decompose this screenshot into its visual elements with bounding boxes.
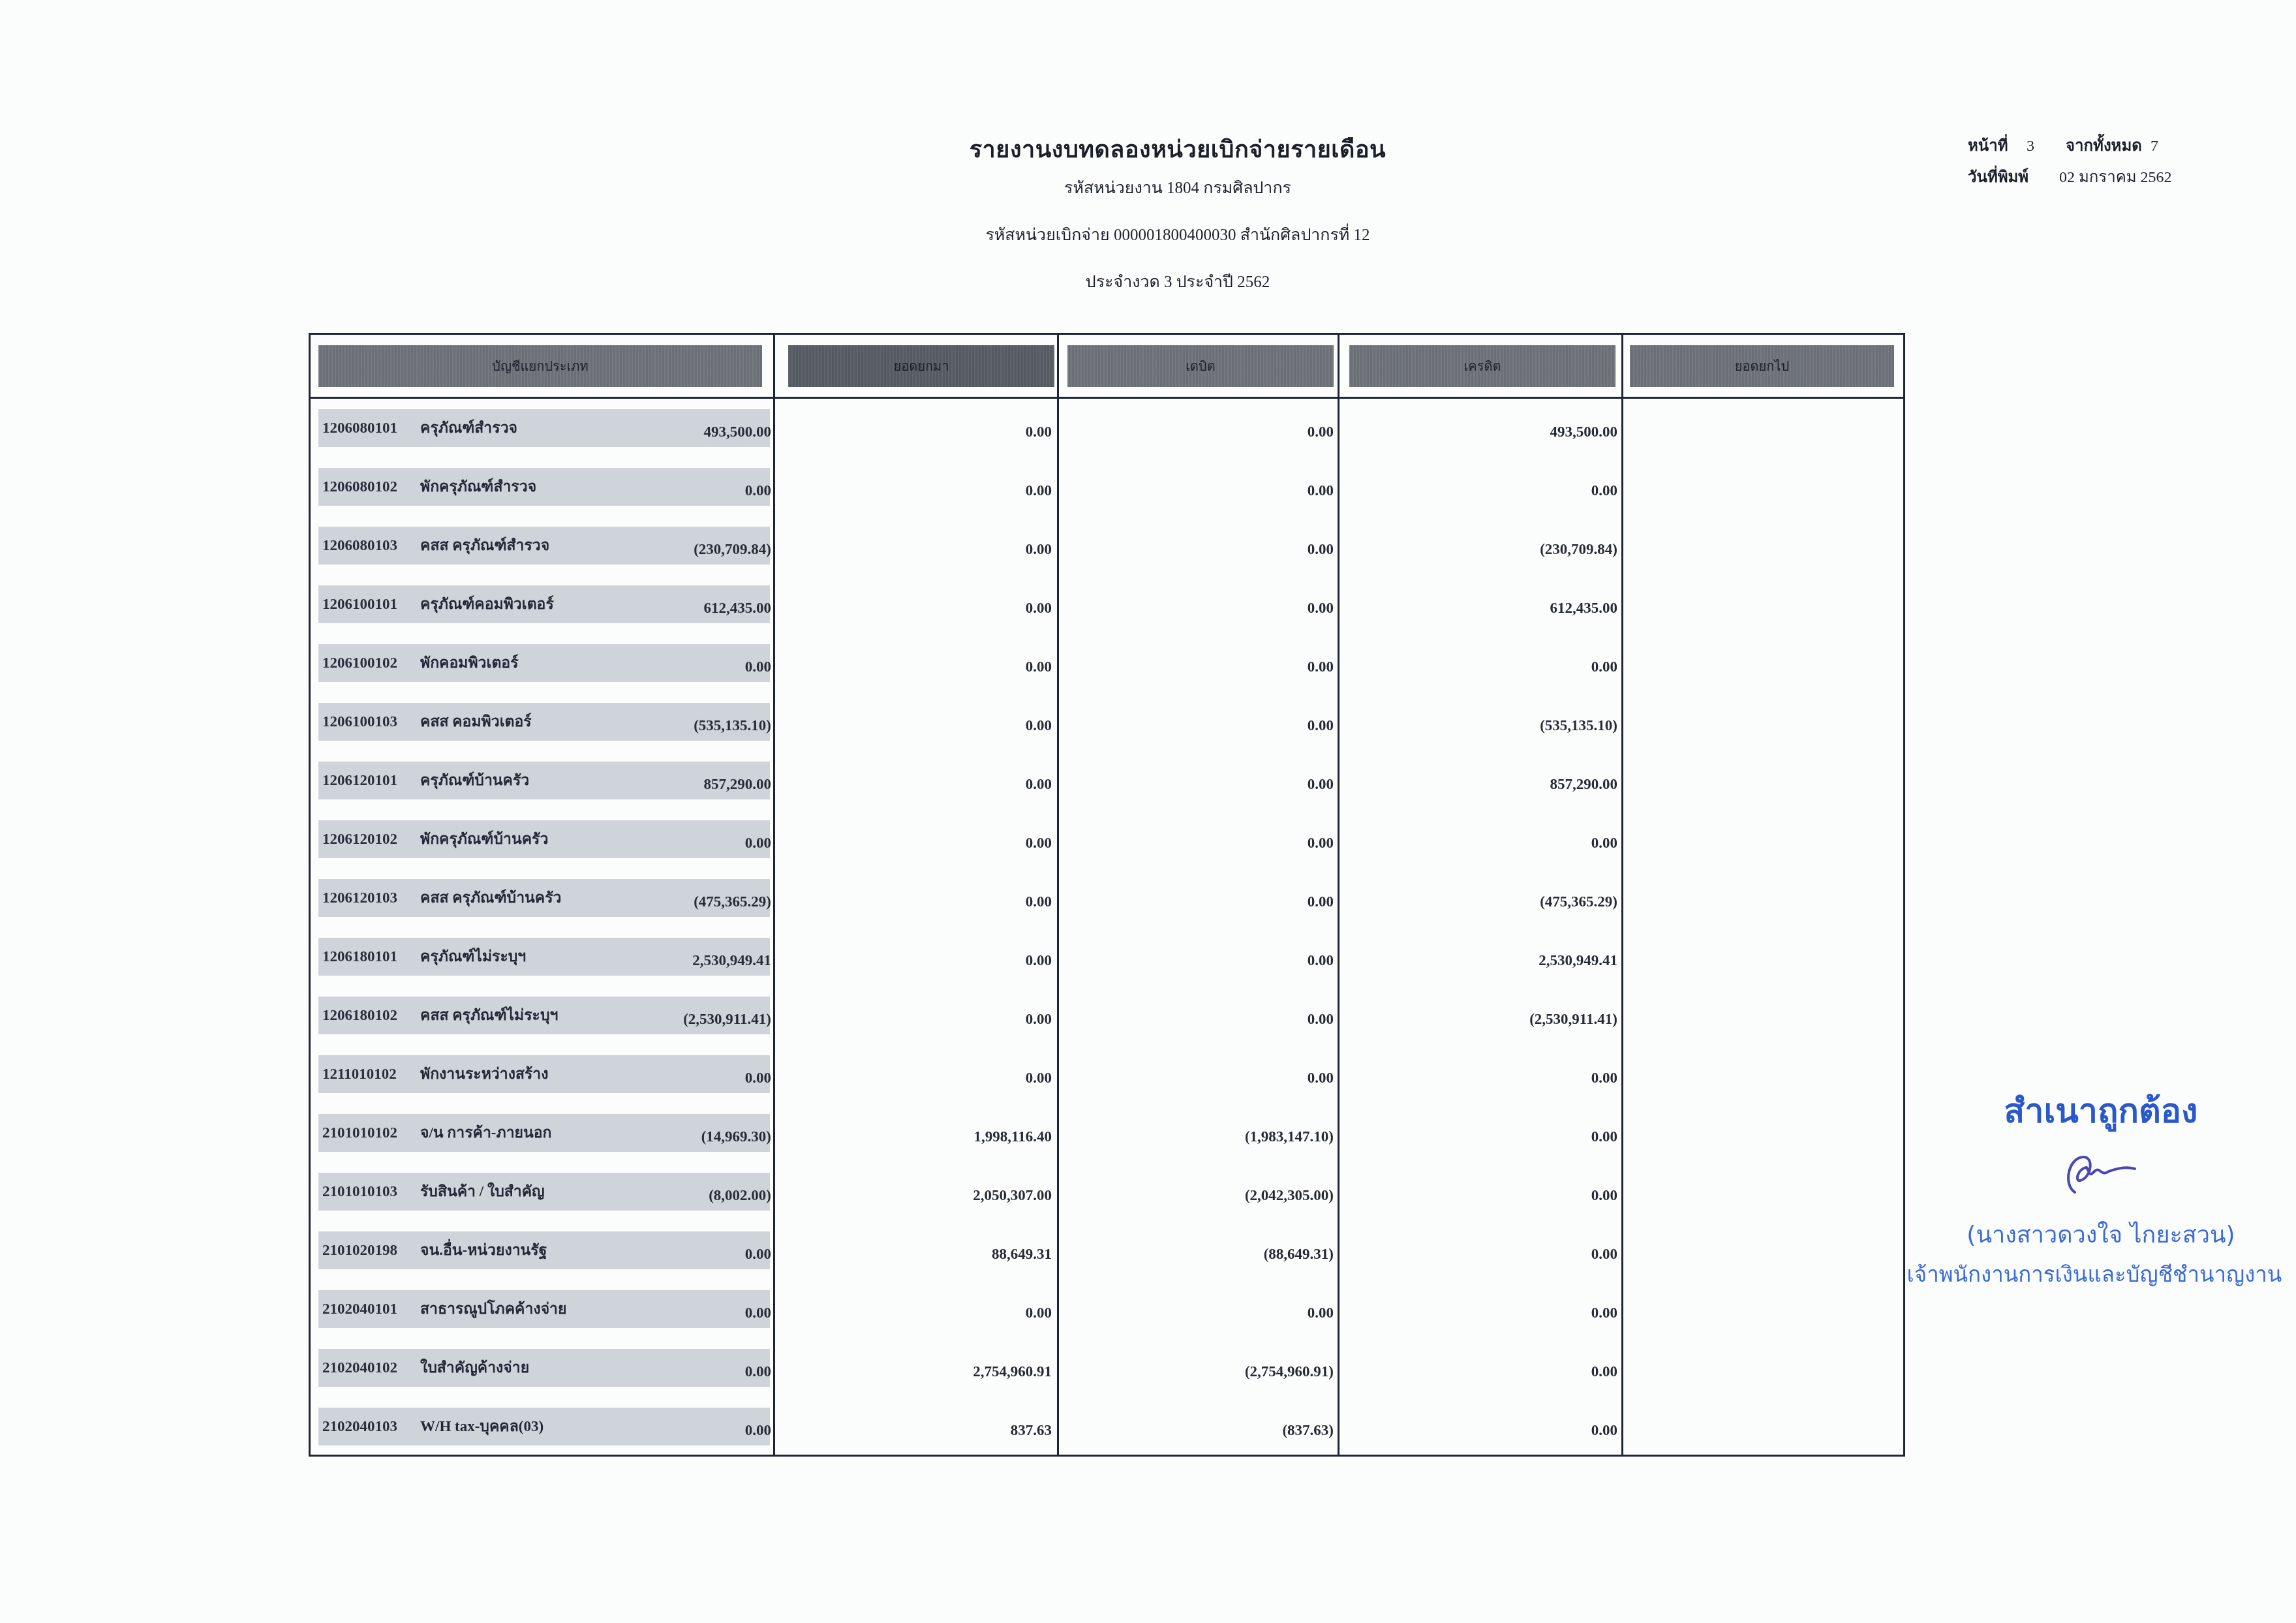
credit-amount: 0.00 bbox=[1086, 776, 1334, 793]
account-name: ครุภัณฑ์ไม่ระบุฯ bbox=[420, 945, 526, 968]
closing-balance: 0.00 bbox=[1370, 1128, 1617, 1145]
credit-amount: 0.00 bbox=[1086, 835, 1334, 852]
agency-line: รหัสหน่วยงาน 1804 กรมศิลปากร bbox=[0, 175, 2296, 201]
debit-amount: 2,050,307.00 bbox=[804, 1187, 1052, 1204]
header-divider bbox=[311, 397, 1903, 399]
opening-balance: (8,002.00) bbox=[523, 1187, 771, 1204]
total-pages: 7 bbox=[2151, 138, 2158, 155]
account-code: 1206080102 bbox=[318, 478, 420, 495]
credit-amount: 0.00 bbox=[1086, 658, 1334, 675]
account-code: 1206120102 bbox=[318, 831, 420, 848]
opening-balance: 0.00 bbox=[523, 1305, 771, 1322]
account-code: 1206120103 bbox=[318, 889, 420, 906]
opening-balance: 857,290.00 bbox=[523, 776, 771, 793]
debit-amount: 0.00 bbox=[804, 600, 1052, 617]
column-header-closing: ยอดยกไป bbox=[1630, 345, 1894, 387]
debit-amount: 0.00 bbox=[804, 424, 1052, 441]
opening-balance: 2,530,949.41 bbox=[523, 952, 771, 969]
signer-name: (นางสาวดวงใจ ไกยะสวน) bbox=[1905, 1216, 2296, 1253]
closing-balance: 0.00 bbox=[1370, 1422, 1617, 1439]
table-row: 2102040101สาธารณูปโภคค้างจ่าย0.000.000.0… bbox=[311, 1281, 1903, 1340]
account-code: 1206080101 bbox=[318, 420, 420, 437]
table-row: 1206080103คสส ครุภัณฑ์สำรวจ(230,709.84)0… bbox=[311, 518, 1903, 576]
account-code: 1211010102 bbox=[318, 1066, 420, 1083]
table-row: 2102040102ใบสำคัญค้างจ่าย0.002,754,960.9… bbox=[311, 1340, 1903, 1399]
account-code: 1206100102 bbox=[318, 655, 420, 672]
closing-balance: 2,530,949.41 bbox=[1370, 952, 1617, 969]
opening-balance: 612,435.00 bbox=[523, 600, 771, 617]
account-name: ครุภัณฑ์บ้านครัว bbox=[420, 769, 529, 792]
credit-amount: (837.63) bbox=[1086, 1422, 1334, 1439]
account-code: 2102040103 bbox=[318, 1418, 420, 1435]
credit-amount: 0.00 bbox=[1086, 600, 1334, 617]
closing-balance: (2,530,911.41) bbox=[1370, 1011, 1617, 1028]
of-total-label: จากทั้งหมด bbox=[2066, 131, 2151, 162]
page-info: หน้าที่3จากทั้งหมด7 bbox=[1968, 131, 2172, 162]
table-row: 2102040103W/H tax-บุคคล(03)0.00837.63(83… bbox=[311, 1399, 1903, 1457]
closing-balance: 612,435.00 bbox=[1370, 600, 1617, 617]
credit-amount: 0.00 bbox=[1086, 717, 1334, 734]
account-code: 2101010103 bbox=[318, 1183, 420, 1200]
account-name: ใบสำคัญค้างจ่าย bbox=[420, 1356, 529, 1380]
debit-amount: 0.00 bbox=[804, 1011, 1052, 1028]
column-header-account: บัญชีแยกประเภท bbox=[318, 345, 762, 387]
table-row: 1206120101ครุภัณฑ์บ้านครัว857,290.000.00… bbox=[311, 752, 1903, 811]
account-code: 1206180102 bbox=[318, 1007, 420, 1024]
table-row: 1206120102พักครุภัณฑ์บ้านครัว0.000.000.0… bbox=[311, 811, 1903, 870]
debit-amount: 0.00 bbox=[804, 952, 1052, 969]
debit-amount: 0.00 bbox=[804, 893, 1052, 910]
opening-balance: (2,530,911.41) bbox=[523, 1011, 771, 1028]
print-date: 02 มกราคม 2562 bbox=[2059, 169, 2172, 186]
table-row: 1206100102พักคอมพิวเตอร์0.000.000.000.00 bbox=[311, 635, 1903, 694]
opening-balance: 0.00 bbox=[523, 835, 771, 852]
account-code: 2102040102 bbox=[318, 1359, 420, 1376]
closing-balance: 0.00 bbox=[1370, 658, 1617, 675]
account-code: 1206100101 bbox=[318, 596, 420, 613]
report-title: รายงานงบทดลองหน่วยเบิกจ่ายรายเดือน bbox=[0, 131, 2296, 168]
closing-balance: (230,709.84) bbox=[1370, 541, 1617, 558]
credit-amount: 0.00 bbox=[1086, 482, 1334, 499]
credit-amount: 0.00 bbox=[1086, 893, 1334, 910]
period-line: ประจำงวด 3 ประจำปี 2562 bbox=[0, 269, 2296, 295]
closing-balance: 0.00 bbox=[1370, 1305, 1617, 1322]
closing-balance: (475,365.29) bbox=[1370, 893, 1617, 910]
print-date-info: วันที่พิมพ์02 มกราคม 2562 bbox=[1968, 162, 2172, 193]
closing-balance: 0.00 bbox=[1370, 1187, 1617, 1204]
signature bbox=[2049, 1152, 2153, 1198]
account-code: 1206080103 bbox=[318, 537, 420, 554]
column-header-credit: เครดิต bbox=[1349, 345, 1615, 387]
certification-stamp: สำเนาถูกต้อง (นางสาวดวงใจ ไกยะสวน) เจ้าพ… bbox=[1905, 1083, 2296, 1291]
closing-balance: 493,500.00 bbox=[1370, 424, 1617, 441]
opening-balance: (14,969.30) bbox=[523, 1128, 771, 1145]
table-row: 2101010103รับสินค้า / ใบสำคัญ(8,002.00)2… bbox=[311, 1164, 1903, 1222]
credit-amount: (2,754,960.91) bbox=[1086, 1363, 1334, 1380]
table-row: 2101020198จน.อื่น-หน่วยงานรัฐ0.0088,649.… bbox=[311, 1222, 1903, 1281]
debit-amount: 0.00 bbox=[804, 541, 1052, 558]
account-name: พักคอมพิวเตอร์ bbox=[420, 651, 519, 675]
table-row: 1206120103คสส ครุภัณฑ์บ้านครัว(475,365.2… bbox=[311, 870, 1903, 929]
account-name: พักครุภัณฑ์สำรวจ bbox=[420, 475, 536, 499]
page-number: 3 bbox=[2027, 131, 2066, 162]
signature-scribble-icon bbox=[2049, 1152, 2153, 1198]
opening-balance: 0.00 bbox=[523, 658, 771, 675]
table-row: 1206100103คสส คอมพิวเตอร์(535,135.10)0.0… bbox=[311, 694, 1903, 752]
disbursing-unit-line: รหัสหน่วยเบิกจ่าย 000001800400030 สำนักศ… bbox=[0, 222, 2296, 248]
credit-amount: (2,042,305.00) bbox=[1086, 1187, 1334, 1204]
table-row: 1206080101ครุภัณฑ์สำรวจ493,500.000.000.0… bbox=[311, 400, 1903, 459]
account-code: 2101020198 bbox=[318, 1242, 420, 1259]
opening-balance: 0.00 bbox=[523, 1070, 771, 1087]
credit-amount: 0.00 bbox=[1086, 424, 1334, 441]
print-date-label: วันที่พิมพ์ bbox=[1968, 162, 2059, 193]
debit-amount: 88,649.31 bbox=[804, 1246, 1052, 1263]
credit-amount: 0.00 bbox=[1086, 1070, 1334, 1087]
credit-amount: 0.00 bbox=[1086, 952, 1334, 969]
opening-balance: 0.00 bbox=[523, 482, 771, 499]
credit-amount: 0.00 bbox=[1086, 541, 1334, 558]
opening-balance: 0.00 bbox=[523, 1246, 771, 1263]
debit-amount: 2,754,960.91 bbox=[804, 1363, 1052, 1380]
closing-balance: 0.00 bbox=[1370, 1246, 1617, 1263]
debit-amount: 0.00 bbox=[804, 658, 1052, 675]
page-meta: หน้าที่3จากทั้งหมด7 วันที่พิมพ์02 มกราคม… bbox=[1968, 131, 2172, 193]
account-name: ครุภัณฑ์สำรวจ bbox=[420, 416, 517, 440]
opening-balance: 0.00 bbox=[523, 1363, 771, 1380]
account-code: 1206100103 bbox=[318, 713, 420, 730]
opening-balance: 0.00 bbox=[523, 1422, 771, 1439]
debit-amount: 0.00 bbox=[804, 717, 1052, 734]
account-code: 1206120101 bbox=[318, 772, 420, 789]
opening-balance: (230,709.84) bbox=[523, 541, 771, 558]
closing-balance: 857,290.00 bbox=[1370, 776, 1617, 793]
closing-balance: 0.00 bbox=[1370, 482, 1617, 499]
table-row: 1206100101ครุภัณฑ์คอมพิวเตอร์612,435.000… bbox=[311, 576, 1903, 635]
closing-balance: (535,135.10) bbox=[1370, 717, 1617, 734]
debit-amount: 0.00 bbox=[804, 482, 1052, 499]
table-row: 1206180102คสส ครุภัณฑ์ไม่ระบุฯ(2,530,911… bbox=[311, 987, 1903, 1046]
account-code: 1206180101 bbox=[318, 948, 420, 965]
account-code: 2102040101 bbox=[318, 1301, 420, 1318]
credit-amount: 0.00 bbox=[1086, 1305, 1334, 1322]
debit-amount: 1,998,116.40 bbox=[804, 1128, 1052, 1145]
debit-amount: 837.63 bbox=[804, 1422, 1052, 1439]
table-row: 1206180101ครุภัณฑ์ไม่ระบุฯ2,530,949.410.… bbox=[311, 929, 1903, 987]
table-row: 1206080102พักครุภัณฑ์สำรวจ0.000.000.000.… bbox=[311, 459, 1903, 518]
certified-copy-text: สำเนาถูกต้อง bbox=[1905, 1083, 2296, 1137]
account-name: คสส คอมพิวเตอร์ bbox=[420, 710, 532, 734]
closing-balance: 0.00 bbox=[1370, 1363, 1617, 1380]
debit-amount: 0.00 bbox=[804, 776, 1052, 793]
debit-amount: 0.00 bbox=[804, 1305, 1052, 1322]
table-row: 2101010102จ/น การค้า-ภายนอก(14,969.30)1,… bbox=[311, 1105, 1903, 1164]
debit-amount: 0.00 bbox=[804, 1070, 1052, 1087]
debit-amount: 0.00 bbox=[804, 835, 1052, 852]
signer-position: เจ้าพนักงานการเงินและบัญชีชำนาญงาน bbox=[1892, 1257, 2296, 1291]
column-header-opening: ยอดยกมา bbox=[788, 345, 1054, 387]
opening-balance: (475,365.29) bbox=[523, 893, 771, 910]
credit-amount: (1,983,147.10) bbox=[1086, 1128, 1334, 1145]
account-code: 2101010102 bbox=[318, 1124, 420, 1141]
closing-balance: 0.00 bbox=[1370, 835, 1617, 852]
credit-amount: 0.00 bbox=[1086, 1011, 1334, 1028]
table-row: 1211010102พักงานระหว่างสร้าง0.000.000.00… bbox=[311, 1046, 1903, 1105]
closing-balance: 0.00 bbox=[1370, 1070, 1617, 1087]
trial-balance-table: บัญชีแยกประเภท ยอดยกมา เดบิต เครดิต ยอดย… bbox=[309, 333, 1905, 1457]
credit-amount: (88,649.31) bbox=[1086, 1246, 1334, 1263]
opening-balance: (535,135.10) bbox=[523, 717, 771, 734]
column-header-debit: เดบิต bbox=[1067, 345, 1334, 387]
opening-balance: 493,500.00 bbox=[523, 424, 771, 441]
page-label: หน้าที่ bbox=[1968, 131, 2027, 162]
